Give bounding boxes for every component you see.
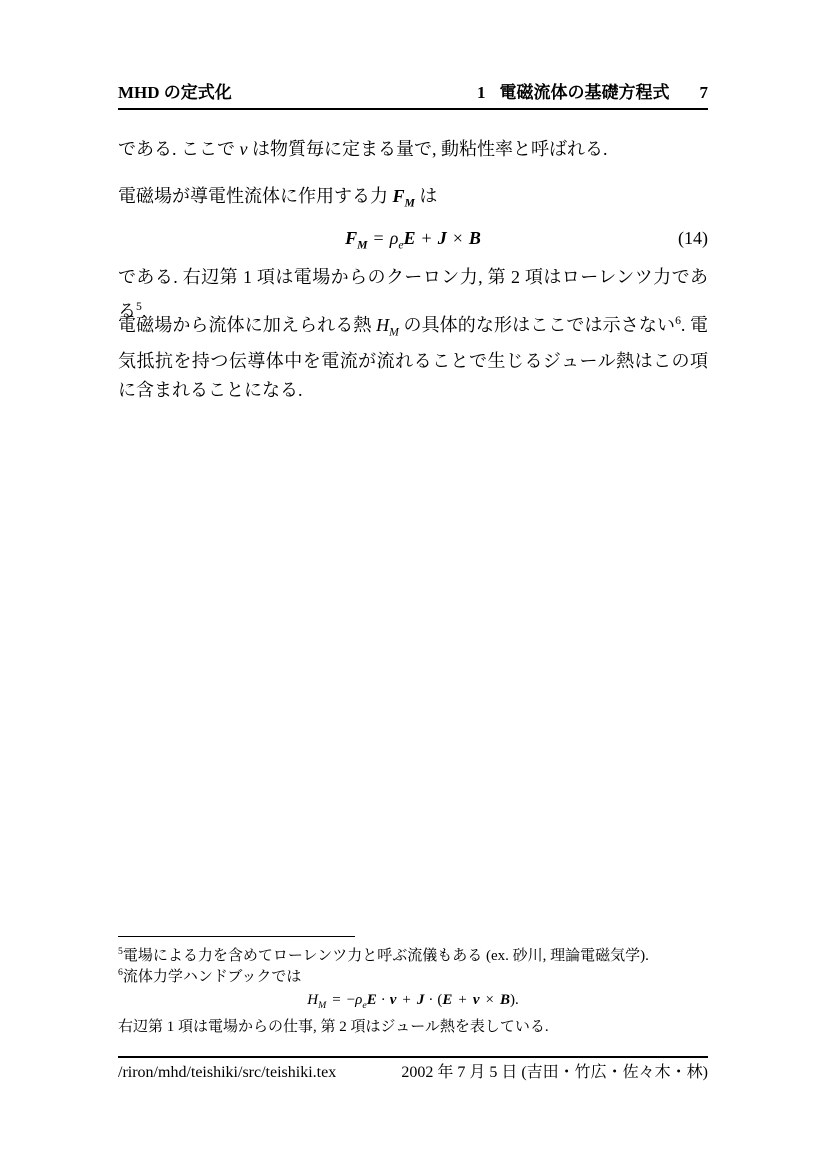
paragraph-heat-pre: 電磁場から流体に加えられる熱 [118,315,376,335]
footnote-equation-math: HM=−ρeE·v+J·(E+v×B). [307,990,518,1016]
header-right: 1 電磁流体の基礎方程式 7 [477,82,708,104]
paragraph-viscosity-post: は物質毎に定まる量で, 動粘性率と呼ばれる. [248,139,608,159]
math-F: F [393,186,405,206]
paragraph-viscosity: である. ここで ν は物質毎に定まる量で, 動粘性率と呼ばれる. [118,135,708,164]
math-B: B [500,992,510,1008]
page-header: MHD の定式化 1 電磁流体の基礎方程式 7 [118,82,708,110]
paragraph-force-intro-post: は [415,186,438,206]
times-sign: × [447,228,469,248]
math-J: J [438,228,447,248]
footer-rule [118,1056,708,1058]
math-H-sub: M [318,1000,326,1011]
footnote-6: 6流体力学ハンドブックでは [118,962,708,988]
times-sign: × [480,992,500,1008]
math-F-sub: M [405,197,415,210]
dot-operator: · [424,992,437,1008]
math-B: B [469,228,481,248]
plus-sign: + [396,992,416,1008]
document-page: MHD の定式化 1 電磁流体の基礎方程式 7 である. ここで ν は物質毎に… [0,0,826,1169]
plus-sign: + [416,228,438,248]
math-H-sub: M [389,326,399,339]
dot-operator: · [377,992,390,1008]
header-left-title: MHD の定式化 [118,82,232,104]
math-v: v [473,992,480,1008]
footnote-6-continuation: 右辺第 1 項は電場からの仕事, 第 2 項はジュール熱を表している. [118,1017,708,1038]
footnote-rule [118,936,355,937]
footer-file-path: /riron/mhd/teishiki/src/teishiki.tex [118,1062,336,1084]
footer-date-authors: 2002 年 7 月 5 日 (吉田・竹広・佐々木・林) [401,1062,708,1084]
paragraph-heat: 電磁場から流体に加えられる熱 HM の具体的な形はここでは示さない6. 電気抵抗… [118,306,708,405]
math-F-sub: M [357,239,367,252]
header-page-number: 7 [700,82,709,104]
right-paren: ). [510,992,519,1008]
plus-sign: + [452,992,472,1008]
paragraph-viscosity-pre: である. ここで [118,139,240,159]
equation-14: FM=ρeE+J×B (14) [118,224,708,260]
math-E: E [367,992,377,1008]
footnote-equation: HM=−ρeE·v+J·(E+v×B). [118,990,708,1016]
equation-number: (14) [678,224,708,253]
math-H: H [307,992,318,1008]
footnote-6-text: 流体力学ハンドブックでは [123,969,302,985]
paragraph-force-intro: 電磁場が導電性流体に作用する力 FM は [118,182,708,218]
math-F: F [345,228,357,248]
math-E: E [442,992,452,1008]
math-nu: ν [240,139,248,159]
paragraph-force-intro-pre: 電磁場が導電性流体に作用する力 [118,186,393,206]
equals-sign: = [326,992,346,1008]
equals-sign: = [368,228,390,248]
paragraph-heat-mid: の具体的な形はここでは示さない [399,315,675,335]
header-section-number: 1 [477,82,486,104]
page-footer: /riron/mhd/teishiki/src/teishiki.tex 200… [118,1062,708,1084]
header-section-title: 電磁流体の基礎方程式 [500,82,670,104]
equation-14-math: FM=ρeE+J×B [345,224,481,260]
minus-sign: − [347,992,355,1008]
math-H: H [376,315,389,335]
math-E: E [404,228,416,248]
